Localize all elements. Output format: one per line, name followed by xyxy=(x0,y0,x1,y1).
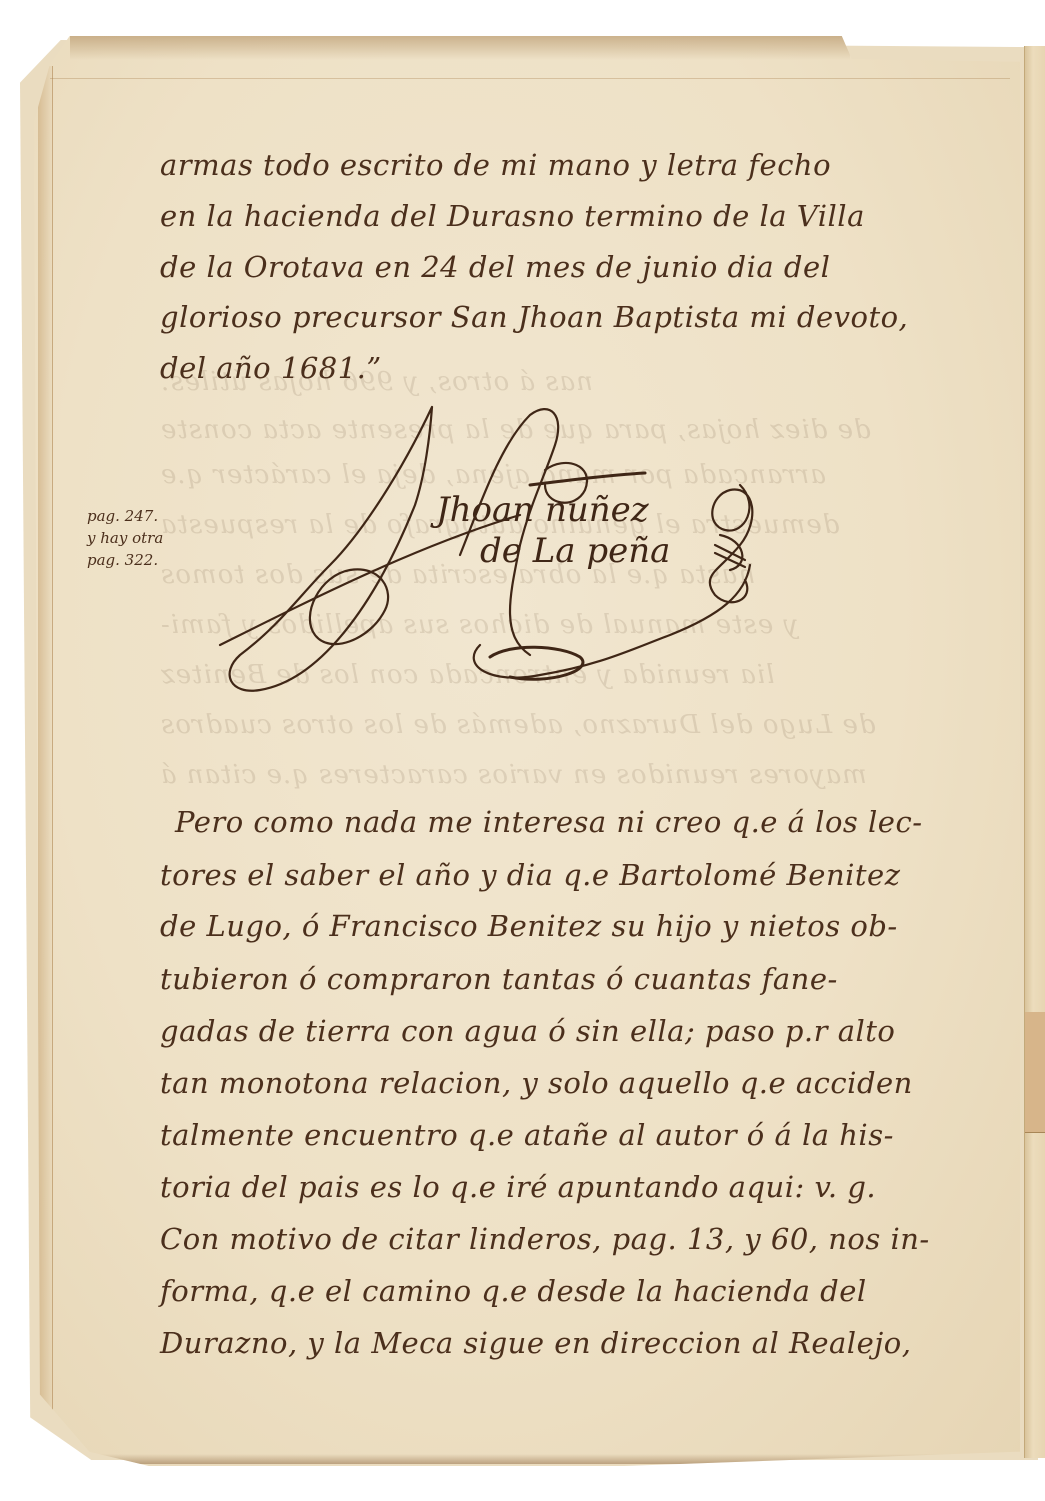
margin-note-line: pag. 322. xyxy=(87,549,163,571)
body-line: tan monotona relacion, y solo aquello q.… xyxy=(160,1066,913,1100)
body-line: Durazno, y la Meca sigue en direccion al… xyxy=(160,1326,911,1360)
body-line: tubieron ó compraron tantas ó cuantas fa… xyxy=(160,962,838,996)
left-fold xyxy=(38,66,53,1426)
body-line: del año 1681.” xyxy=(160,351,382,385)
margin-note-line: y hay otra xyxy=(87,527,163,549)
body-line: en la hacienda del Durasno termino de la… xyxy=(160,199,865,233)
bleed-through-line: de Lugo del Durazno, además de los otros… xyxy=(160,710,875,740)
right-page-edge xyxy=(1024,46,1045,1458)
bleed-through-line: mayores reunidos en varios caracteres q.… xyxy=(160,760,867,790)
top-edge-stain xyxy=(70,36,850,60)
body-line: toria del pais es lo q.e iré apuntando a… xyxy=(160,1170,876,1204)
top-fold xyxy=(50,78,1010,79)
body-line: talmente encuentro q.e atañe al autor ó … xyxy=(160,1118,894,1152)
margin-note-line: pag. 247. xyxy=(87,505,163,527)
body-line: de la Orotava en 24 del mes de junio dia… xyxy=(160,250,830,284)
body-line: de Lugo, ó Francisco Benitez su hijo y n… xyxy=(160,909,898,943)
margin-note: pag. 247. y hay otra pag. 322. xyxy=(87,505,163,571)
body-line: glorioso precursor San Jhoan Baptista mi… xyxy=(160,300,908,334)
body-line: forma, q.e el camino q.e desde la hacien… xyxy=(160,1274,867,1308)
body-line: tores el saber el año y dia q.e Bartolom… xyxy=(160,858,901,892)
body-line: armas todo escrito de mi mano y letra fe… xyxy=(160,148,831,182)
body-line: gadas de tierra con agua ó sin ella; pas… xyxy=(160,1014,895,1048)
signature-line-1: Jhoan nuñez xyxy=(436,490,649,530)
right-page-tab xyxy=(1025,1012,1045,1133)
body-line: Con motivo de citar linderos, pag. 13, y… xyxy=(160,1222,930,1256)
signature-line-2: de La peña xyxy=(480,531,670,571)
body-line: Pero como nada me interesa ni creo q.e á… xyxy=(175,805,923,839)
